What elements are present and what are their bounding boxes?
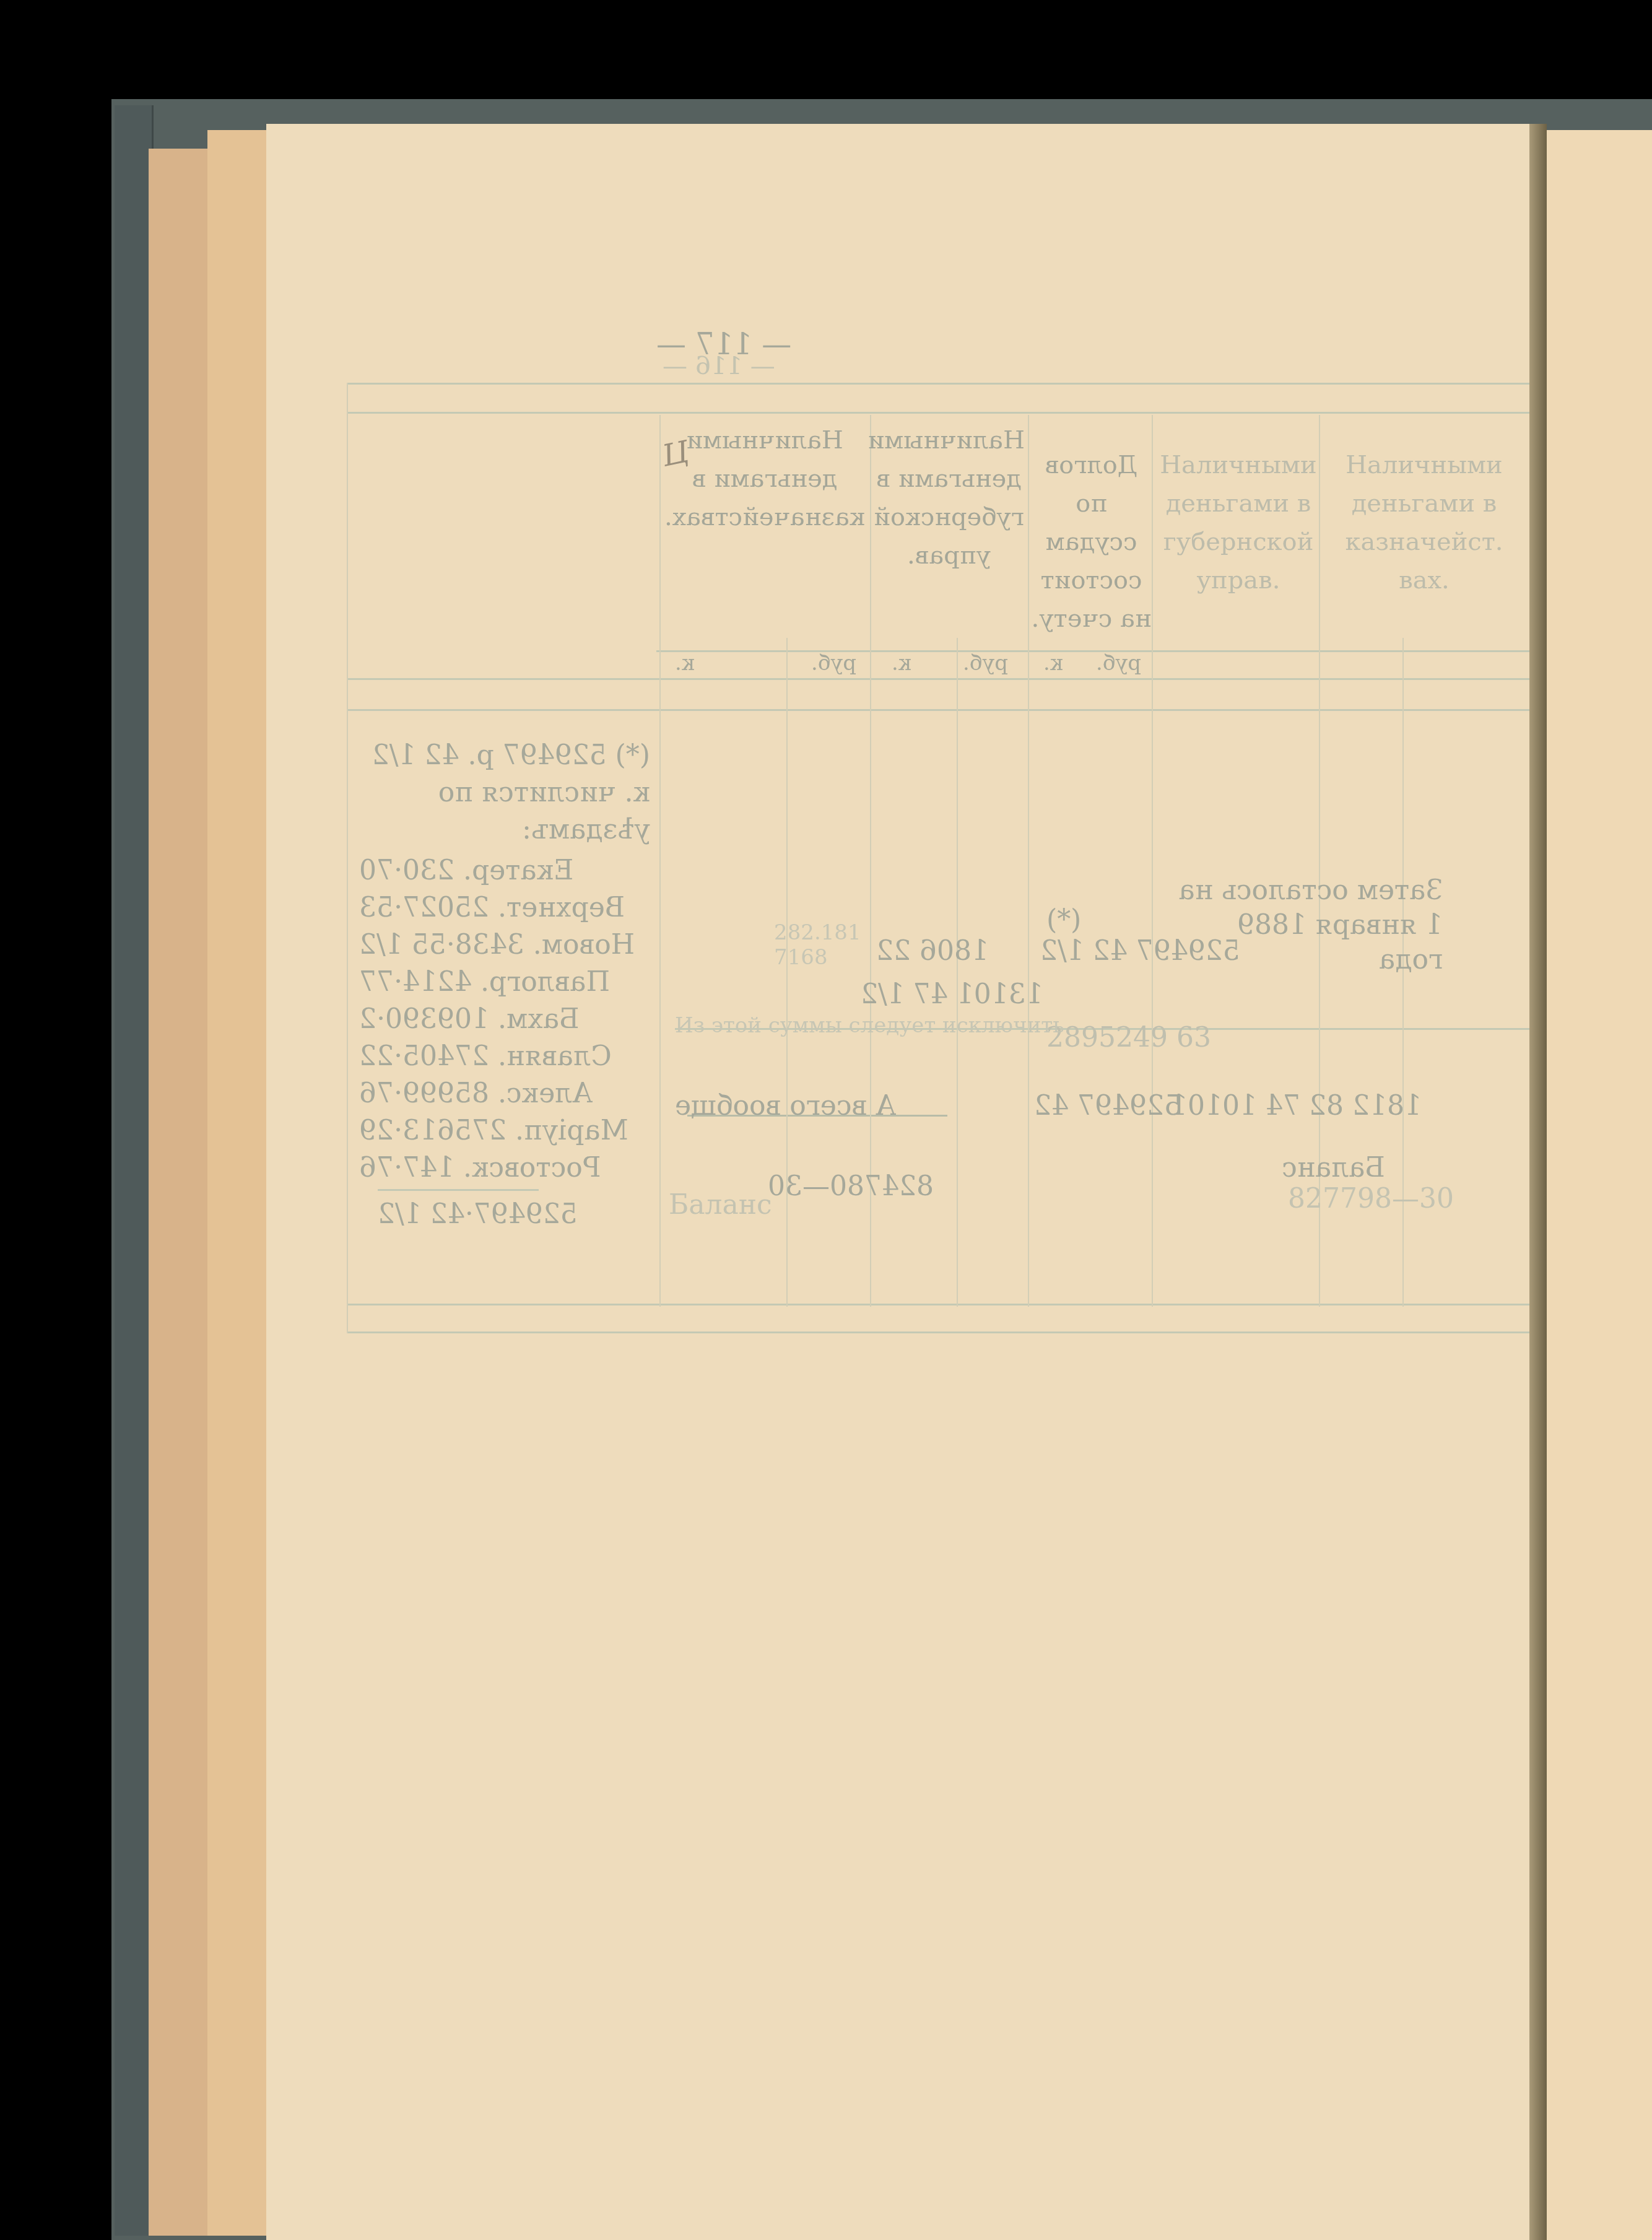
col-divider bbox=[1028, 415, 1029, 1307]
unit-kop: к. bbox=[892, 647, 911, 679]
col-divider bbox=[957, 638, 958, 1307]
unit-rub: руб. bbox=[963, 647, 1008, 679]
cover-spine-edge bbox=[115, 105, 154, 2236]
footnote-item: Новом. 3438·55 1/2 bbox=[359, 929, 635, 961]
col-divider bbox=[1152, 415, 1153, 1307]
table-bottom-rule-2 bbox=[347, 1331, 1529, 1333]
facing-page-edge bbox=[1547, 130, 1652, 2240]
unit-kop: к. bbox=[1043, 647, 1063, 679]
footnote-total: 529497·42 1/2 bbox=[378, 1198, 578, 1231]
table-bottom-rule bbox=[347, 1304, 1529, 1305]
cell-gub-value: 1806 22 bbox=[876, 935, 989, 967]
row-marker: (*) bbox=[1046, 904, 1081, 936]
balance-label: Баланс bbox=[1282, 1152, 1385, 1184]
balance-label-shadow: Баланс bbox=[669, 1189, 772, 1221]
endpaper-left bbox=[149, 149, 207, 2236]
footnote-total-rule bbox=[378, 1189, 539, 1191]
row-label-remaining: Затем осталось на 1 января 1889 года bbox=[1170, 873, 1443, 977]
book-gutter bbox=[1529, 124, 1547, 2240]
cell-gub-value-2: 13101 47 1/2 bbox=[861, 978, 1043, 1011]
header-col-gub-uprav: Наличными деньгами в губернской управ. bbox=[873, 421, 1025, 575]
footnote-item: Алекс. 85999·76 bbox=[359, 1078, 593, 1110]
header-bottom-rule-2 bbox=[347, 709, 1529, 711]
footnote-item: Верхнет. 25027·53 bbox=[359, 892, 625, 924]
footnote-item: Павлогр. 4214·77 bbox=[359, 966, 610, 998]
cell-total-value-2: 1812 82 74 10101 bbox=[1170, 1090, 1422, 1122]
table-top-rule-2 bbox=[347, 412, 1529, 414]
table-top-rule bbox=[347, 383, 1529, 385]
footnote-title: (*) 529497 р. 42 1/2 к. числится по уѣзд… bbox=[353, 737, 650, 848]
footnote-item: Ростовск. 147·76 bbox=[359, 1152, 601, 1184]
unit-kop: к. bbox=[675, 647, 695, 679]
book-page: Ц — 117 — — 116 — Наличными деньгами в к… bbox=[266, 124, 1529, 2240]
header-bottom-rule bbox=[347, 678, 1529, 680]
footnote-item: Маріуп. 275613·29 bbox=[359, 1115, 628, 1147]
header-col-dolg: Долгов по ссудам состоит на счету. bbox=[1031, 446, 1152, 638]
balance-value-shadow: 827798—30 bbox=[1288, 1183, 1454, 1215]
unit-rub: руб. bbox=[811, 647, 856, 679]
shadow-text-line: Из этой суммы следует исключить bbox=[675, 1009, 1064, 1042]
header-col-gub-uprav-shadow: Наличными деньгами в губернской управ. bbox=[1158, 446, 1319, 599]
footnote-item: Славян. 27405·22 bbox=[359, 1040, 612, 1073]
footnote-item: Екатер. 230·70 bbox=[359, 855, 573, 887]
cell-shadow-value: 2895249 63 bbox=[1046, 1022, 1211, 1054]
col-divider bbox=[659, 415, 661, 1307]
cell-total-value: 529497 42 bbox=[1034, 1090, 1181, 1122]
col-divider bbox=[347, 383, 348, 1333]
header-col-kaznach: Наличными деньгами в казначействах. bbox=[663, 421, 867, 536]
row-label-total: А всего вообще bbox=[675, 1090, 896, 1122]
balance-value: 824780—30 bbox=[768, 1170, 934, 1203]
footnote-item: Бахм. 109390·2 bbox=[359, 1003, 580, 1035]
unit-rub: руб. bbox=[1096, 647, 1141, 679]
page-number-shadow: — 116 — bbox=[663, 350, 775, 382]
shadow-text-num: 7168 bbox=[774, 941, 828, 974]
endpaper-inner bbox=[207, 130, 269, 2236]
header-col-kaznach-shadow: Наличными деньгами в казначейст. вах. bbox=[1322, 446, 1526, 599]
